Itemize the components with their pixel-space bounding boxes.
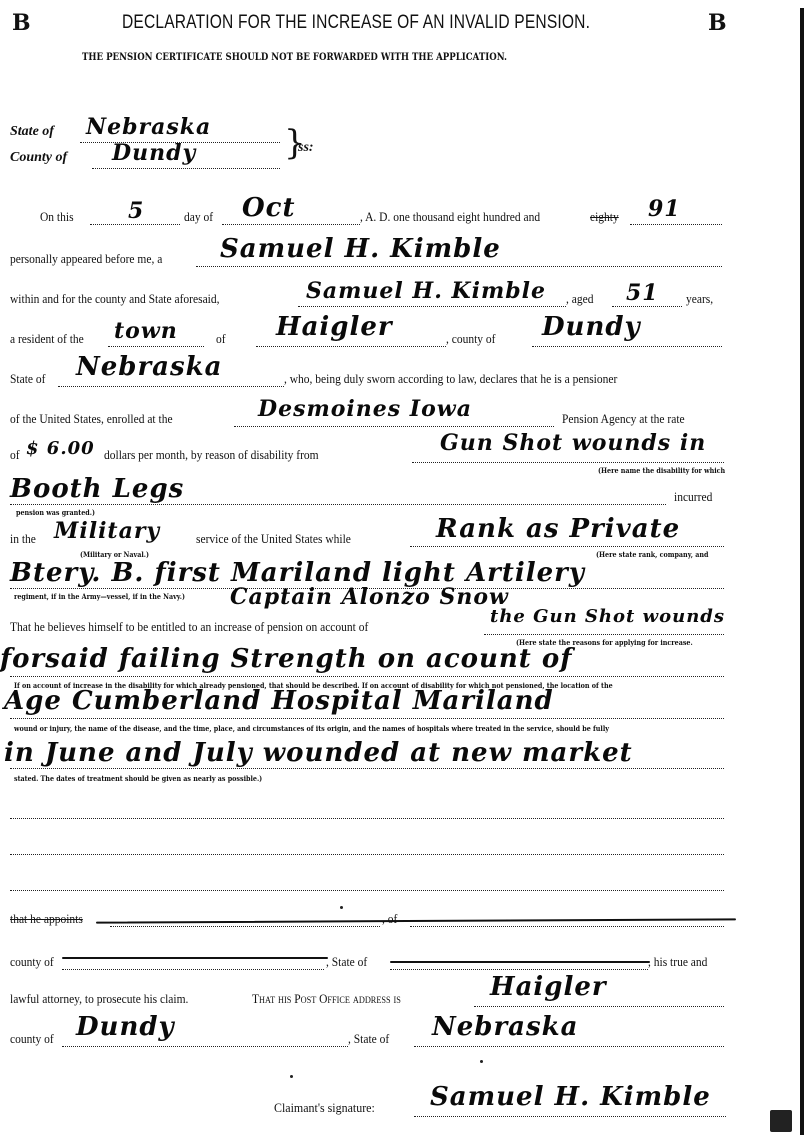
attorney-state-label: , State of: [326, 955, 367, 970]
form-letter-right: B: [708, 10, 727, 36]
year-line: [630, 224, 722, 225]
scan-blot: [770, 1110, 792, 1132]
resident-type-line: [108, 346, 204, 347]
blank-line-1[interactable]: [10, 818, 724, 819]
town-line: [256, 346, 446, 347]
venue-county-label: County of: [10, 150, 67, 166]
document-title: DECLARATION FOR THE INCREASE OF AN INVAL…: [122, 12, 590, 34]
aged-label: , aged: [566, 292, 593, 307]
service-branch-field[interactable]: Military: [54, 518, 160, 544]
within-label: within and for the county and State afor…: [10, 292, 220, 307]
resident-label: a resident of the: [10, 332, 84, 347]
regiment-hint: regiment, if in the Army—vessel, if in t…: [14, 592, 185, 601]
rate-field[interactable]: $ 6.00: [26, 438, 95, 459]
po-state-field[interactable]: Nebraska: [432, 1012, 579, 1042]
incurred-label: incurred: [674, 490, 712, 505]
state-of-label: State of: [10, 372, 45, 387]
state-line: [58, 386, 284, 387]
right-margin-rule: [800, 8, 804, 1135]
month-field[interactable]: Oct: [242, 193, 296, 223]
increase-field-1[interactable]: the Gun Shot wounds: [490, 606, 725, 627]
increase-field-3[interactable]: Age Cumberland Hospital Mariland: [4, 686, 554, 716]
increase-label: That he believes himself to be entitled …: [10, 620, 368, 635]
resident-of-label: of: [216, 332, 226, 347]
venue-state-label: State of: [10, 124, 54, 140]
po-county-field[interactable]: Dundy: [76, 1012, 175, 1042]
appeared-line: [196, 266, 722, 267]
disability-field-1[interactable]: Gun Shot wounds in: [440, 430, 706, 456]
age-line: [612, 306, 682, 307]
disability-line-2: [10, 504, 666, 505]
attorney-state-strike: [390, 961, 650, 963]
post-office-label: That his Post Office address is: [252, 992, 401, 1007]
sworn-text: , who, being duly sworn according to law…: [284, 372, 617, 387]
county-of-label: , county of: [446, 332, 496, 347]
attorney-state-line[interactable]: [390, 969, 648, 970]
document-subtitle: THE PENSION CERTIFICATE SHOULD NOT BE FO…: [82, 52, 507, 63]
month-line: [222, 224, 360, 225]
pension-granted-hint: pension was granted.): [16, 508, 95, 517]
resident-type-field[interactable]: town: [114, 318, 178, 344]
disability-field-2[interactable]: Booth Legs: [10, 474, 184, 504]
agency-line: [234, 426, 554, 427]
signature-label: Claimant's signature:: [274, 1100, 375, 1116]
increase-line-2: [10, 676, 724, 677]
attorney-county-line[interactable]: [62, 969, 324, 970]
county-line: [532, 346, 722, 347]
appeared-name-field[interactable]: Samuel H. Kimble: [220, 234, 501, 264]
attorney-county-label: county of: [10, 955, 54, 970]
day-line: [90, 224, 180, 225]
age-field[interactable]: 51: [626, 280, 659, 306]
po-state-label: , State of: [348, 1032, 389, 1047]
agency-suffix: Pension Agency at the rate: [562, 412, 685, 427]
day-of-label: day of: [184, 210, 213, 225]
attorney-of-line[interactable]: [410, 926, 724, 927]
po-county-line: [62, 1046, 348, 1047]
increase-line-3: [10, 718, 724, 719]
scan-speck: [290, 1075, 293, 1078]
years-label: years,: [686, 292, 713, 307]
rate-prefix: of: [10, 448, 20, 463]
venue-county-field[interactable]: Dundy: [112, 140, 196, 166]
appoints-label: that he appoints: [10, 912, 83, 927]
struck-eighty: eighty: [590, 210, 619, 225]
ad-text: , A. D. one thousand eight hundred and: [360, 210, 540, 225]
service-text: service of the United States while: [196, 532, 351, 547]
form-letter-left: B: [12, 10, 31, 36]
blank-line-3[interactable]: [10, 890, 724, 891]
post-office-line: [474, 1006, 724, 1007]
rank-field[interactable]: Rank as Private: [436, 514, 680, 544]
venue-state-field[interactable]: Nebraska: [86, 114, 211, 140]
day-field[interactable]: 5: [128, 198, 144, 224]
attorney-strikethrough: [96, 918, 736, 923]
post-office-field[interactable]: Haigler: [490, 972, 607, 1002]
rank-hint: (Here state rank, company, and: [596, 550, 708, 559]
increase-field-2[interactable]: forsaid failing Strength on acount of: [0, 644, 572, 674]
signature-field[interactable]: Samuel H. Kimble: [430, 1082, 711, 1112]
in-the-label: in the: [10, 532, 36, 547]
rank-line: [410, 546, 724, 547]
blank-line-2[interactable]: [10, 854, 724, 855]
attorney-of-label: , of: [382, 912, 397, 927]
true-and-label: , his true and: [648, 955, 707, 970]
instructions-3: stated. The dates of treatment should be…: [14, 774, 262, 783]
on-this-label: On this: [40, 210, 74, 225]
disability-line-1: [412, 462, 724, 463]
signature-line: [414, 1116, 726, 1117]
increase-line-4: [10, 768, 724, 769]
agency-field[interactable]: Desmoines Iowa: [258, 396, 472, 422]
increase-field-4[interactable]: in June and July wounded at new market: [4, 738, 633, 768]
attorney-name-line[interactable]: [110, 926, 380, 927]
county-field[interactable]: Dundy: [542, 312, 641, 342]
po-county-label: county of: [10, 1032, 54, 1047]
enrolled-label: of the United States, enrolled at the: [10, 412, 173, 427]
captain-field[interactable]: Captain Alonzo Snow: [230, 584, 509, 610]
lawful-label: lawful attorney, to prosecute his claim.: [10, 992, 188, 1007]
scan-speck: [340, 906, 343, 909]
instructions-2: wound or injury, the name of the disease…: [14, 724, 609, 733]
appeared-label: personally appeared before me, a: [10, 252, 162, 267]
scan-speck: [480, 1060, 483, 1063]
increase-line-1: [484, 634, 724, 635]
name-line: [298, 306, 566, 307]
town-field[interactable]: Haigler: [276, 312, 393, 342]
disability-hint: (Here name the disability for which: [598, 466, 725, 475]
venue-county-line: [92, 168, 280, 169]
attorney-county-strike: [62, 957, 328, 959]
state-field[interactable]: Nebraska: [76, 352, 223, 382]
rate-suffix: dollars per month, by reason of disabili…: [104, 448, 319, 463]
claimant-name-field[interactable]: Samuel H. Kimble: [306, 278, 546, 304]
po-state-line: [414, 1046, 724, 1047]
venue-ss: ss:: [298, 140, 314, 156]
year-field[interactable]: 91: [648, 196, 681, 222]
